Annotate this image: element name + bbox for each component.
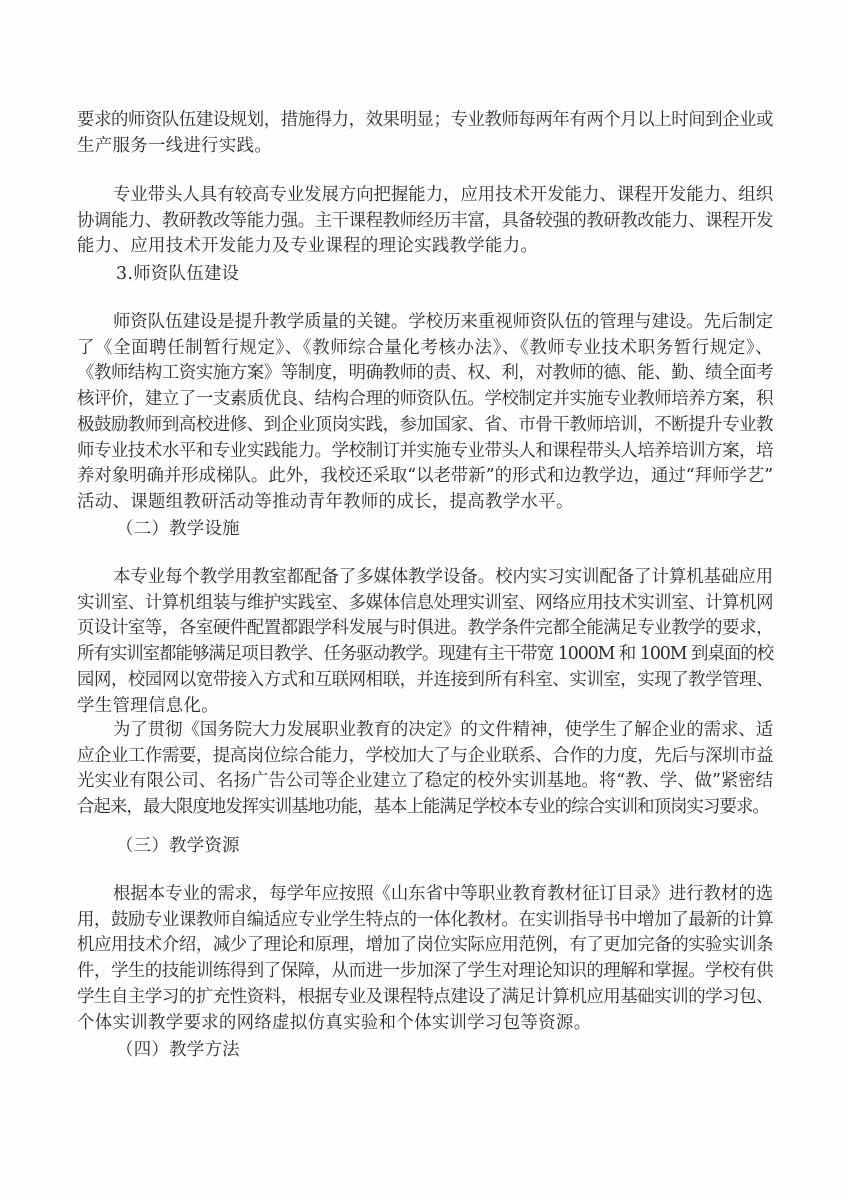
text-line: 活动、课题组教研活动等推动青年教师的成长，提高教学水平。 [77, 490, 773, 516]
text-line: 要求的师资队伍建设规划，措施得力，效果明显；专业教师每两年有两个月以上时间到企业… [77, 108, 773, 134]
section-heading-teaching-methods: （四）教学方法 [116, 1038, 716, 1064]
text-line: 《教师结构工资实施方案》等制度，明确教师的责、权、利，对教师的德、能、勤、绩全面… [77, 361, 773, 387]
text-line: 师专业技术水平和专业实践能力。学校制订并实施专业带头人和课程带头人培养培训方案，… [77, 439, 773, 465]
text-line: 学生管理信息化。 [77, 694, 773, 720]
text-line: 所有实训室都能够满足项目教学、任务驱动教学。现建有主干带宽 1000M 和 10… [77, 642, 773, 668]
text-line: 养对象明确并形成梯队。此外，我校还采取“以老带新”的形式和边教学边，通过“拜师学… [77, 464, 773, 490]
text-line: 极鼓励教师到高校进修、到企业顶岗实践，参加国家、省、市骨干教师培训，不断提升专业… [77, 413, 773, 439]
text-line: 能力、应用技术开发能力及专业课程的理论实践教学能力。 [77, 234, 773, 260]
text-line: 了《全面聘任制暂行规定》、《教师综合量化考核办法》、《教师专业技术职务暂行规定》… [77, 336, 773, 362]
paragraph-external-training-bases: 为了贯彻《国务院大力发展职业教育的决定》的文件精神，使学生了解企业的需求、适 应… [77, 718, 773, 821]
text-line: 实训室、计算机组装与维护实践室、多媒体信息处理实训室、网络应用技术实训室、计算机… [77, 591, 773, 617]
heading-text: 3.师资队伍建设 [116, 262, 716, 288]
document-page: 要求的师资队伍建设规划，措施得力，效果明显；专业教师每两年有两个月以上时间到企业… [0, 0, 848, 1200]
text-line: 机应用技术介绍，减少了理论和原理，增加了岗位实际应用范例，有了更加完备的实验实训… [77, 933, 773, 959]
text-line: 合起来，最大限度地发挥实训基地功能，基本上能满足学校本专业的综合实训和顶岗实习要… [77, 795, 773, 821]
text-line: 件，学生的技能训练得到了保障，从而进一步加深了学生对理论知识的理解和掌握。学校有… [77, 959, 773, 985]
text-line: 根据本专业的需求，每学年应按照《山东省中等职业教育教材征订目录》进行教材的选 [77, 882, 773, 908]
text-line: 页设计室等，各室硬件配置都跟学科发展与时俱进。教学条件完都全能满足专业教学的要求… [77, 616, 773, 642]
text-line: 师资队伍建设是提升教学质量的关键。学校历来重视师资队伍的管理与建设。先后制定 [77, 310, 773, 336]
paragraph-teaching-resources: 根据本专业的需求，每学年应按照《山东省中等职业教育教材征订目录》进行教材的选 用… [77, 882, 773, 1036]
section-heading-teacher-team: 3.师资队伍建设 [116, 262, 716, 288]
heading-text: （三）教学资源 [116, 834, 716, 860]
text-line: 光实业有限公司、名扬广告公司等企业建立了稳定的校外实训基地。将“教、学、做”紧密… [77, 769, 773, 795]
paragraph-teacher-team-building: 师资队伍建设是提升教学质量的关键。学校历来重视师资队伍的管理与建设。先后制定 了… [77, 310, 773, 516]
paragraph-teacher-plan-continuation: 要求的师资队伍建设规划，措施得力，效果明显；专业教师每两年有两个月以上时间到企业… [77, 108, 773, 159]
text-line: 为了贯彻《国务院大力发展职业教育的决定》的文件精神，使学生了解企业的需求、适 [77, 718, 773, 744]
section-heading-teaching-resources: （三）教学资源 [116, 834, 716, 860]
text-line: 用，鼓励专业课教师自编适应专业学生特点的一体化教材。在实训指导书中增加了最新的计… [77, 908, 773, 934]
section-heading-teaching-facilities: （二）教学设施 [116, 517, 716, 543]
text-line: 本专业每个教学用教室都配备了多媒体教学设备。校内实习实训配备了计算机基础应用 [77, 565, 773, 591]
text-line: 应企业工作需要，提高岗位综合能力，学校加大了与企业联系、合作的力度，先后与深圳市… [77, 744, 773, 770]
text-line: 生产服务一线进行实践。 [77, 134, 773, 160]
heading-text: （四）教学方法 [116, 1038, 716, 1064]
text-line: 个体实训教学要求的网络虚拟仿真实验和个体实训学习包等资源。 [77, 1011, 773, 1037]
heading-text: （二）教学设施 [116, 517, 716, 543]
paragraph-facilities: 本专业每个教学用教室都配备了多媒体教学设备。校内实习实训配备了计算机基础应用 实… [77, 565, 773, 719]
text-line: 园网，校园网以宽带接入方式和互联网相联，并连接到所有科室、实训室，实现了教学管理… [77, 668, 773, 694]
text-line: 协调能力、教研教改等能力强。主干课程教师经历丰富，具备较强的教研教改能力、课程开… [77, 209, 773, 235]
text-line: 学生自主学习的扩充性资料，根据专业及课程特点建设了满足计算机应用基础实训的学习包… [77, 985, 773, 1011]
paragraph-leader-abilities: 专业带头人具有较高专业发展方向把握能力，应用技术开发能力、课程开发能力、组织 协… [77, 183, 773, 260]
text-line: 专业带头人具有较高专业发展方向把握能力，应用技术开发能力、课程开发能力、组织 [77, 183, 773, 209]
text-line: 核评价，建立了一支素质优良、结构合理的师资队伍。学校制定并实施专业教师培养方案，… [77, 387, 773, 413]
